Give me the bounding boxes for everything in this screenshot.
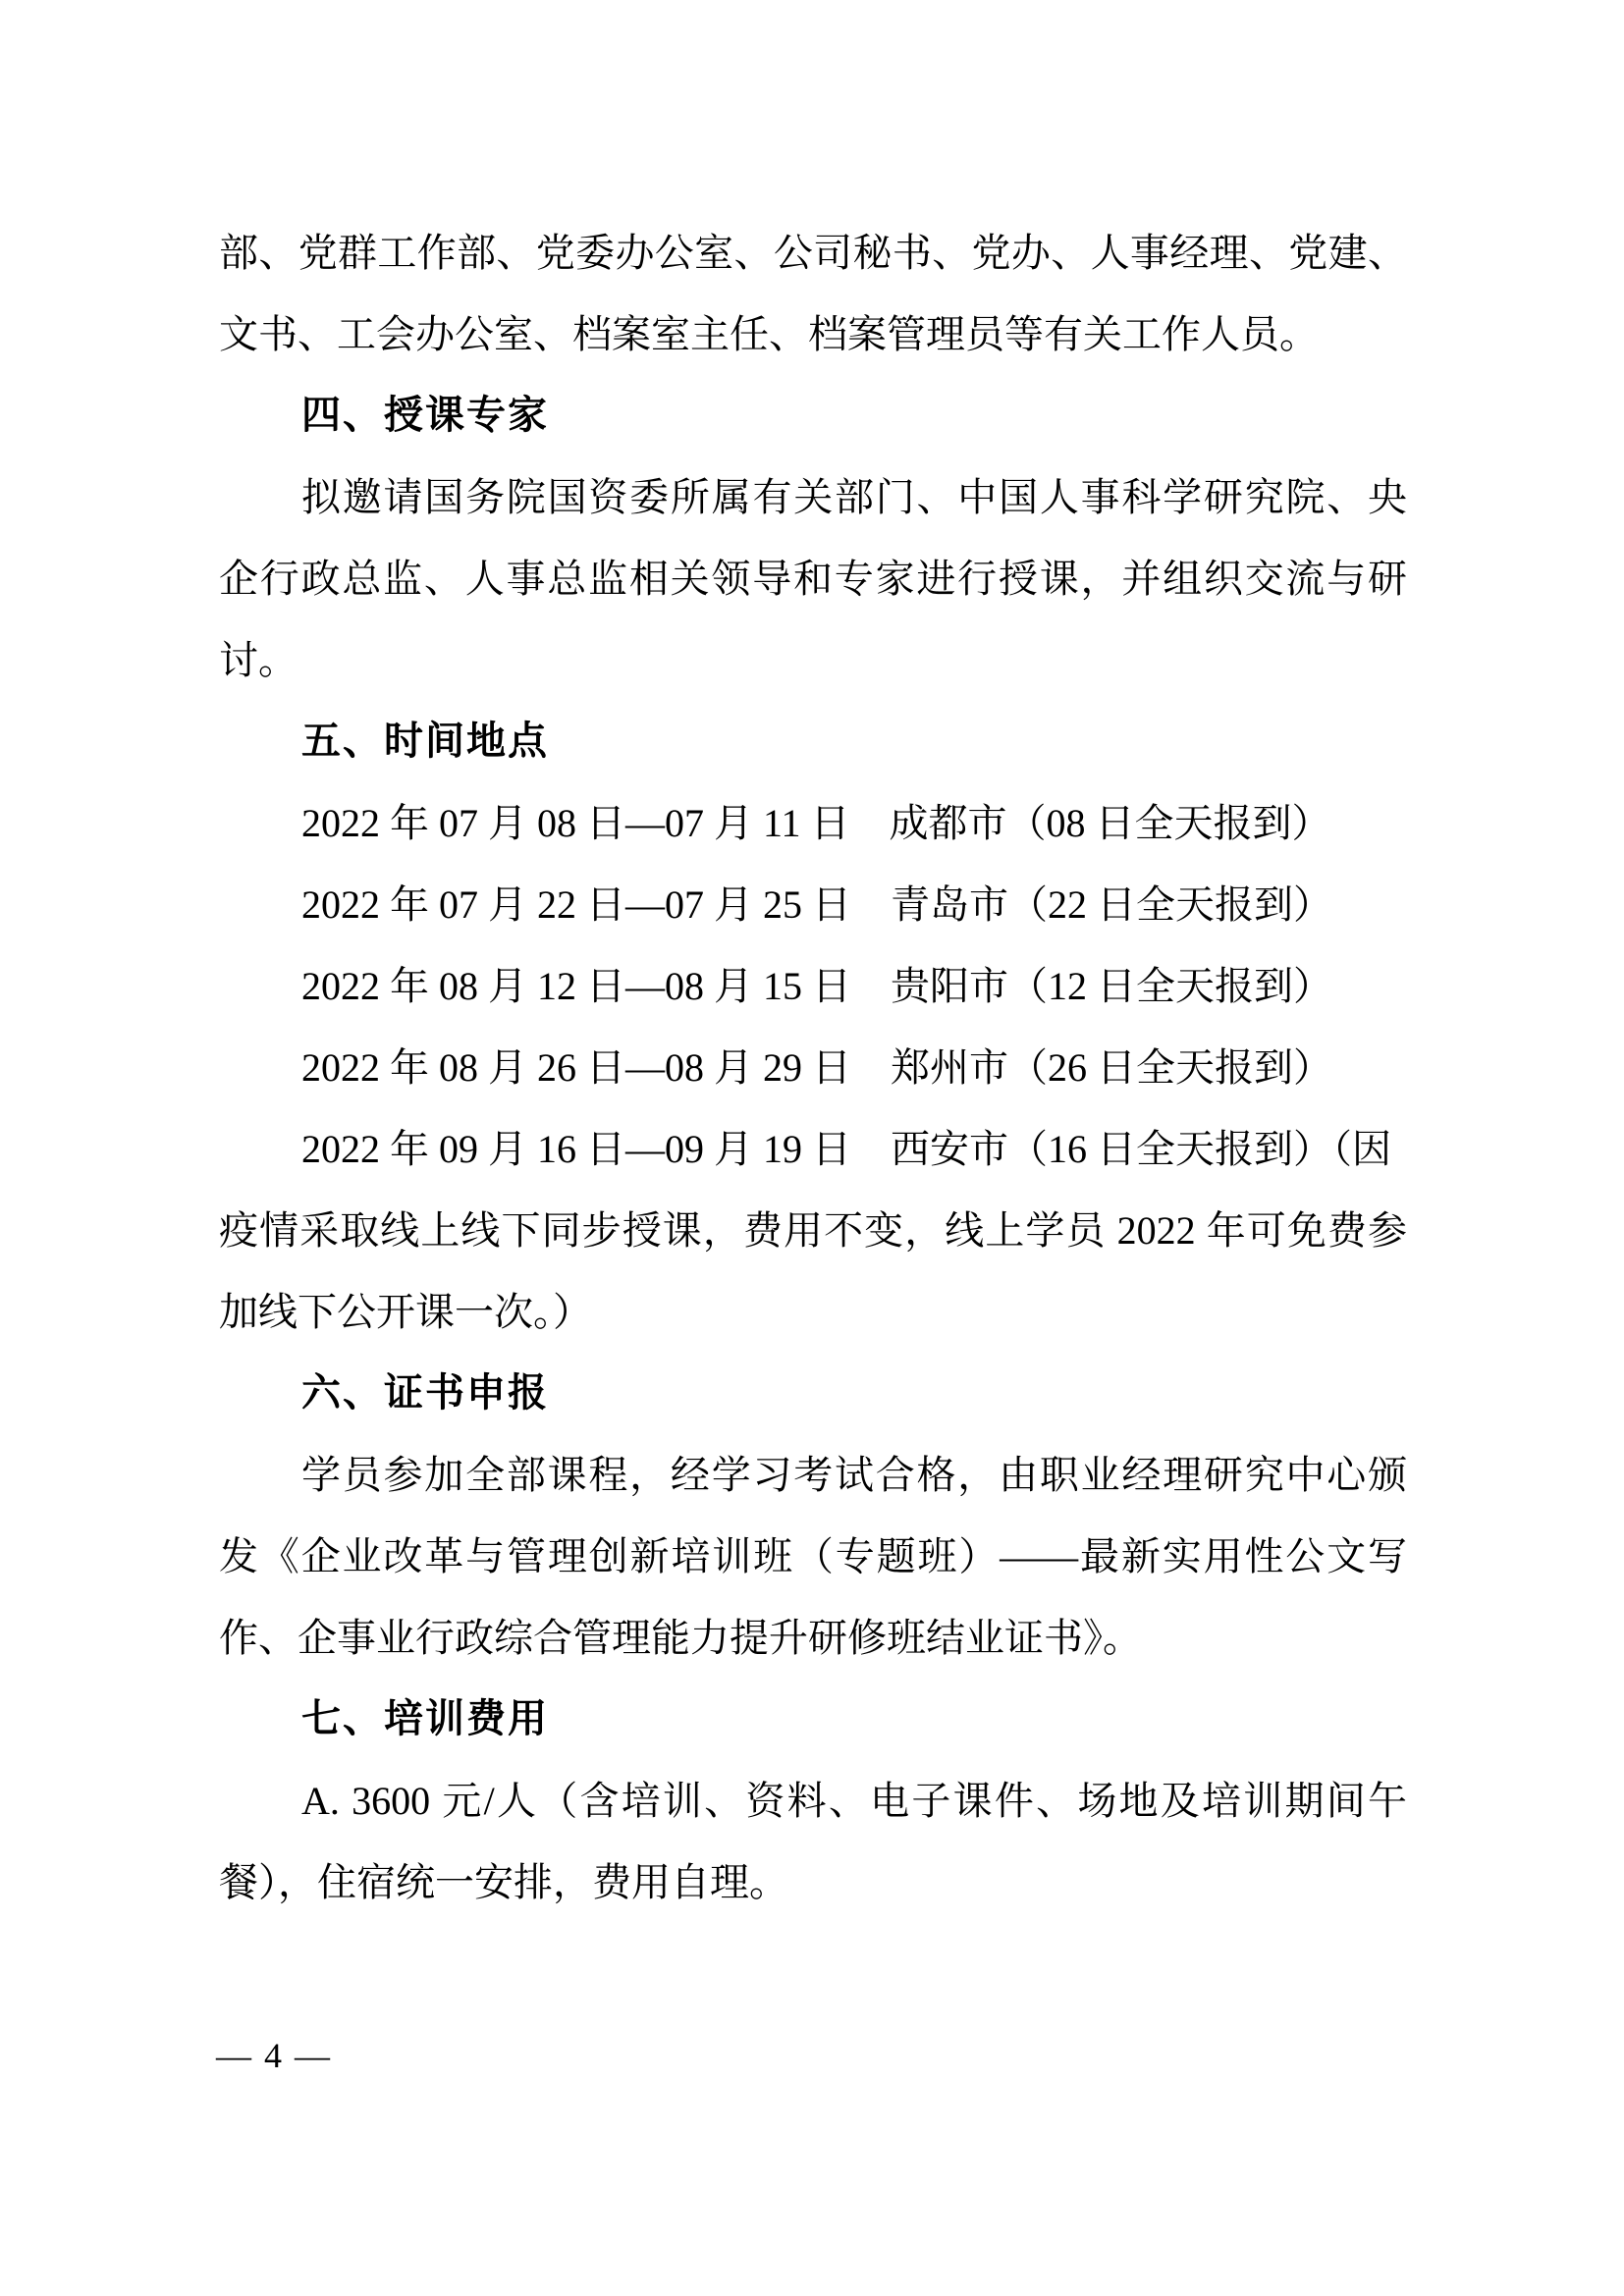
paragraph-line: 加线下公开课一次。） (219, 1271, 1407, 1353)
document-body: 部、党群工作部、党委办公室、公司秘书、党办、人事经理、党建、 文书、工会办公室、… (219, 212, 1407, 1923)
schedule-line-chengdu: 2022 年 07 月 08 日—07 月 11 日 成都市（08 日全天报到） (219, 782, 1407, 864)
heading-time-location: 五、时间地点 (219, 701, 1407, 782)
schedule-line-guiyang: 2022 年 08 月 12 日—08 月 15 日 贵阳市（12 日全天报到） (219, 945, 1407, 1027)
paragraph-line: 企行政总监、人事总监相关领导和专家进行授课，并组织交流与研 (219, 538, 1407, 619)
paragraph-line: 拟邀请国务院国资委所属有关部门、中国人事科学研究院、央 (219, 456, 1407, 538)
paragraph-line: A. 3600 元/人（含培训、资料、电子课件、场地及培训期间午 (219, 1760, 1407, 1842)
paragraph-line: 疫情采取线上线下同步授课，费用不变，线上学员 2022 年可免费参 (219, 1190, 1407, 1271)
schedule-line-zhengzhou: 2022 年 08 月 26 日—08 月 29 日 郑州市（26 日全天报到） (219, 1027, 1407, 1108)
heading-teaching-experts: 四、授课专家 (219, 375, 1407, 456)
paragraph-line: 部、党群工作部、党委办公室、公司秘书、党办、人事经理、党建、 (219, 212, 1407, 294)
paragraph-line: 文书、工会办公室、档案室主任、档案管理员等有关工作人员。 (219, 294, 1407, 375)
schedule-line-qingdao: 2022 年 07 月 22 日—07 月 25 日 青岛市（22 日全天报到） (219, 864, 1407, 945)
document-page: 部、党群工作部、党委办公室、公司秘书、党办、人事经理、党建、 文书、工会办公室、… (0, 0, 1624, 2296)
paragraph-line: 餐），住宿统一安排，费用自理。 (219, 1842, 1407, 1923)
paragraph-line: 发《企业改革与管理创新培训班（专题班）——最新实用性公文写 (219, 1516, 1407, 1597)
page-number: — 4 — (216, 2034, 332, 2077)
heading-training-fee: 七、培训费用 (219, 1679, 1407, 1760)
heading-certificate: 六、证书申报 (219, 1353, 1407, 1434)
paragraph-line: 学员参加全部课程，经学习考试合格，由职业经理研究中心颁 (219, 1434, 1407, 1516)
paragraph-line: 讨。 (219, 619, 1407, 701)
schedule-line-xian: 2022 年 09 月 16 日—09 月 19 日 西安市（16 日全天报到）… (219, 1108, 1407, 1190)
paragraph-line: 作、企事业行政综合管理能力提升研修班结业证书》。 (219, 1597, 1407, 1679)
